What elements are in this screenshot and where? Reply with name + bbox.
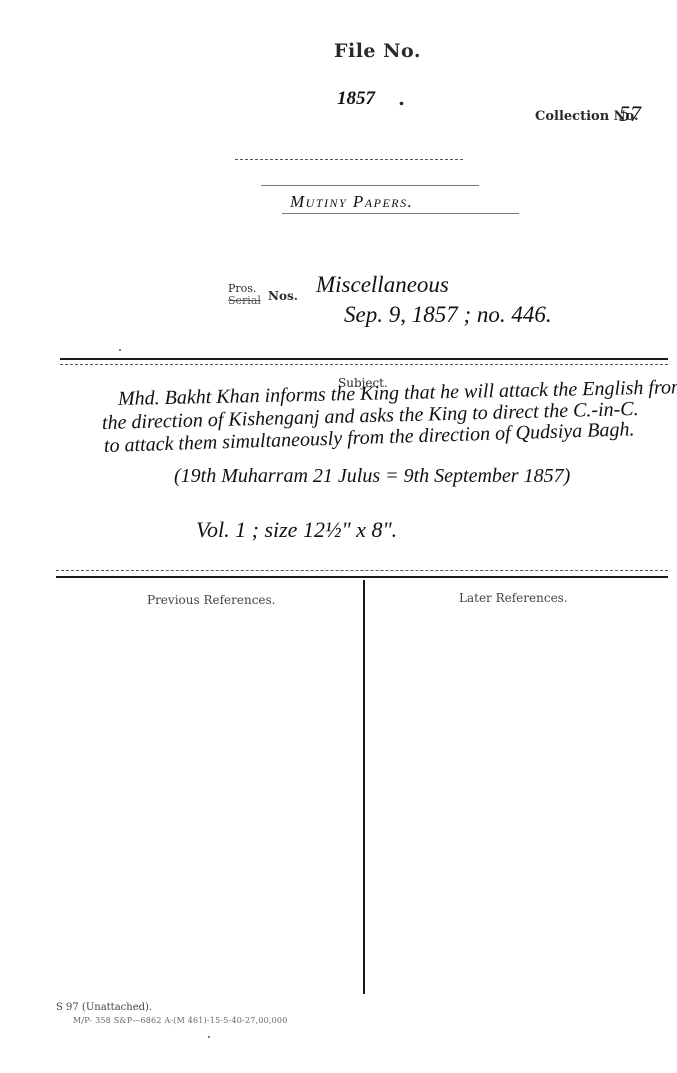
series-title: Mutiny Papers. (290, 192, 413, 212)
file-year: 1857 (337, 88, 375, 110)
nos-value-category: Miscellaneous (316, 272, 449, 298)
print-imprint: M/P- 358 S&P—6862 A-(M 461)-15-5-40-27,0… (73, 1016, 287, 1025)
speck (208, 1036, 210, 1038)
serial-label: Serial (228, 295, 261, 306)
file-no-label: File No. (334, 40, 421, 62)
rule-top-2 (261, 185, 479, 186)
speck (119, 349, 121, 351)
rule-subject-top-thin (60, 364, 668, 365)
nos-label: Nos. (268, 289, 298, 303)
form-number: S 97 (Unattached). (56, 1002, 152, 1013)
rule-top-1 (235, 159, 463, 160)
references-column-divider (363, 580, 365, 994)
later-references-label: Later References. (459, 591, 568, 605)
file-year-dot: . (398, 86, 405, 110)
rule-refs-top-thin (56, 570, 668, 571)
previous-references-label: Previous References. (147, 593, 276, 607)
subject-date-note: (19th Muharram 21 Julus = 9th September … (174, 465, 570, 488)
rule-refs-top (56, 576, 668, 578)
rule-series-underline (282, 213, 519, 214)
collection-no-value: 57 (619, 101, 641, 127)
rule-subject-top (60, 358, 668, 360)
volume-size-note: Vol. 1 ; size 12½" x 8". (196, 517, 397, 543)
pros-label: Pros. (228, 283, 256, 294)
nos-value-date-number: Sep. 9, 1857 ; no. 446. (344, 302, 552, 328)
